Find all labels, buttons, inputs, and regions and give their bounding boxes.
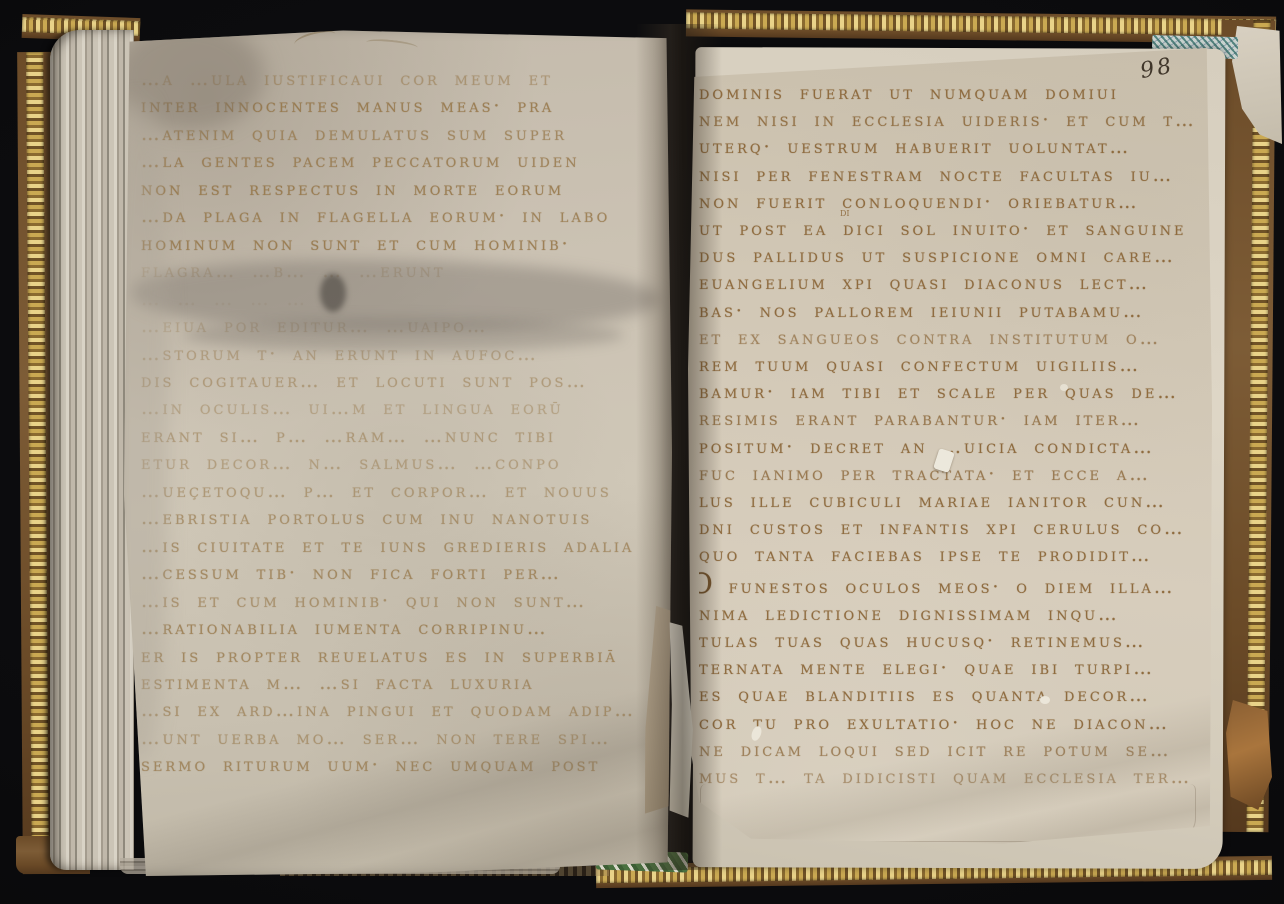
manuscript-line: …is ciuitate et te iuns gredieris adalia <box>141 533 672 560</box>
manuscript-line: …atenim quia demulatus sum super <box>141 121 672 148</box>
photo-background: …a …ula iustificaui cor meum etinter inn… <box>0 0 1284 904</box>
manuscript-line: O funestos oculos meos· o diem illa… <box>699 570 1212 601</box>
pen-trial-marks <box>366 37 419 52</box>
manuscript-line: ut post ea dici sol inuito· et sanguine <box>699 216 1212 243</box>
book-gutter-shadow <box>636 24 722 870</box>
manuscript-line: resimis erant parabantur· iam iter… <box>699 406 1212 433</box>
parchment-wrinkles <box>124 588 672 876</box>
manuscript-line: dis cogitauer… et locuti sunt pos… <box>141 368 672 395</box>
manuscript-line: non est respectus in morte eorum <box>141 176 672 203</box>
manuscript-line: erant si… p… …ram… …nunc tibi <box>141 423 672 450</box>
manuscript-line: lus ille cubiculi mariae ianitor cun… <box>699 488 1212 515</box>
manuscript-line: quo tanta faciebas ipse te prodidit… <box>699 542 1212 569</box>
pen-trial-marks <box>293 28 337 51</box>
turn-in-impression <box>700 784 1196 842</box>
ink-smudge <box>320 274 346 312</box>
repair-speck <box>1060 384 1068 391</box>
left-page: …a …ula iustificaui cor meum etinter inn… <box>124 28 672 876</box>
erased-stain-overlay-2 <box>184 318 624 352</box>
manuscript-line: …ebristia portolus cum inu nanotuis <box>141 505 672 532</box>
right-page: 98 di dominis fuerat ut numquam domiuine… <box>688 48 1212 850</box>
manuscript-line: nem nisi in ecclesia uideris· et cum t… <box>699 107 1212 134</box>
page-stack-fore-edges <box>50 30 134 870</box>
manuscript-line: nima ledictione dignissimam inqu… <box>699 601 1212 628</box>
gold-tooling-top <box>686 12 1276 35</box>
manuscript-line: euangelium xpi quasi diaconus lect… <box>699 270 1212 297</box>
folio-number: 98 <box>1138 49 1201 84</box>
manuscript-line: …ueçetoqu… p… et corpor… et nouus <box>141 478 672 505</box>
manuscript-line: bas· nos pallorem ieiunii putabamu… <box>699 298 1212 325</box>
manuscript-line: …da plaga in flagella eorum· in labo <box>141 203 672 230</box>
manuscript-line: dominis fuerat ut numquam domiui <box>699 80 1212 107</box>
manuscript-line: et ex sangueos contra institutum o… <box>699 325 1212 352</box>
manuscript-line: positum· decret an …uicia condicta… <box>699 434 1212 461</box>
manuscript-line: …in oculis… ui…m et lingua eorū <box>141 395 672 422</box>
manuscript-line: bamur· iam tibi et scale per quas de… <box>699 379 1212 406</box>
manuscript-line: rem tuum quasi confectum uigiliis… <box>699 352 1212 379</box>
manuscript-line: fuc ianimo per tractata· et ecce a… <box>699 461 1212 488</box>
manuscript-line: dni custos et infantis xpi cerulus co… <box>699 515 1212 542</box>
manuscript-line: etur decor… n… salmus… …conpo <box>141 450 672 477</box>
manuscript-line: non fuerit conloquendi· oriebatur… <box>699 189 1212 216</box>
manuscript-line: uterq· uestrum habuerit uoluntat… <box>699 134 1212 161</box>
manuscript-line: dus pallidus ut suspicione omni care… <box>699 243 1212 270</box>
manuscript-line: …cessum tib· non fica forti per… <box>141 560 672 587</box>
gold-tooling-left <box>26 52 49 874</box>
manuscript-line: hominum non sunt et cum hominib· <box>141 231 672 258</box>
manuscript-line: nisi per fenestram nocte facultas iu… <box>699 162 1212 189</box>
manuscript-line: …la gentes pacem peccatorum uiden <box>141 148 672 175</box>
worn-leather-corner <box>1226 700 1272 810</box>
